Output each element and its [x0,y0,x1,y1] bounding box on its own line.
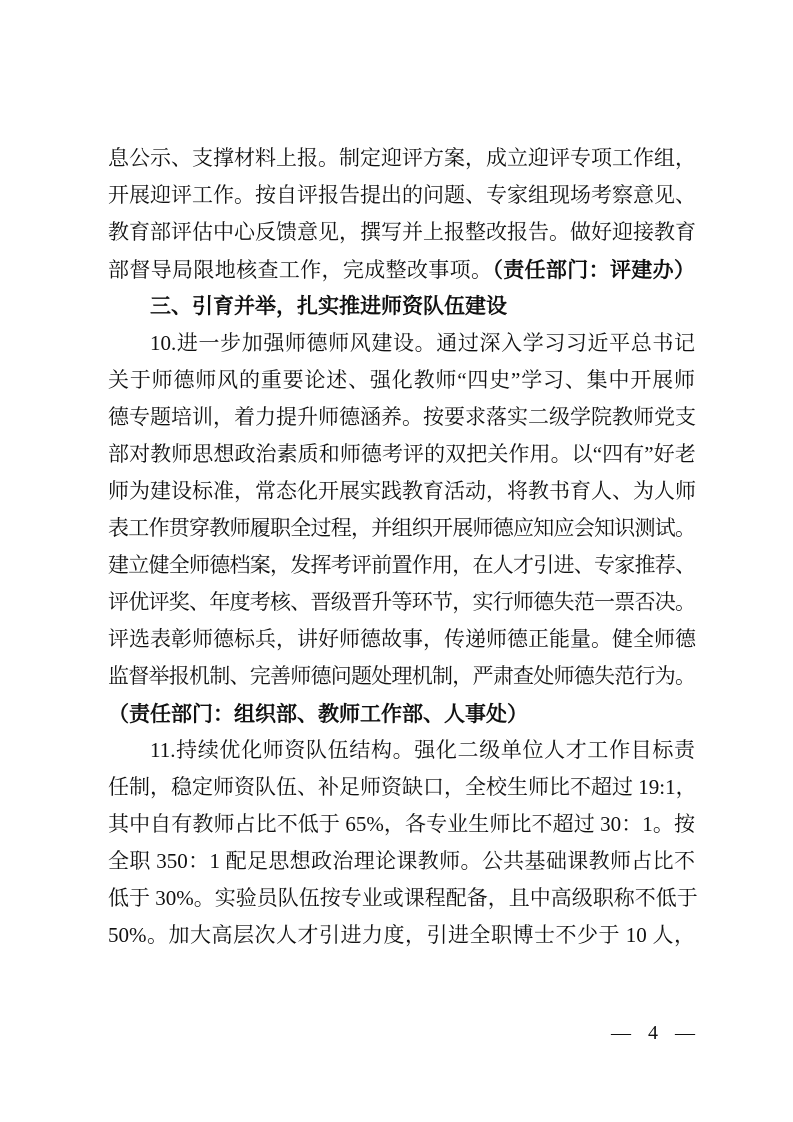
text-line: 德专题培训，着力提升师德涵养。按要求落实二级学院教师党支 [108,399,695,436]
text-line: 建立健全师德档案，发挥考评前置作用，在人才引进、专家推荐、 [108,547,695,584]
text-line: 全职 350：1 配足思想政治理论课教师。公共基础课教师占比不 [108,843,695,880]
page-number-left-dash: — [611,1018,631,1048]
text-line: 50%。加大高层次人才引进力度，引进全职博士不少于 10 人， [108,917,695,954]
text-line: 教育部评估中心反馈意见，撰写并上报整改报告。做好迎接教育 [108,214,695,251]
text-line: 其中自有教师占比不低于 65%，各专业生师比不超过 30：1。按 [108,806,695,843]
item-title: 进一步加强师德师风建设。 [176,331,436,355]
page-number-right-dash: — [675,1018,695,1048]
item-first-line: 11.持续优化师资队伍结构。强化二级单位人才工作目标责 [108,732,695,769]
text-line: 部对教师思想政治素质和师德考评的双把关作用。以“四有”好老 [108,436,695,473]
section-heading: 三、引育并举，扎实推进师资队伍建设 [108,288,695,325]
item-11-paragraph: 11.持续优化师资队伍结构。强化二级单位人才工作目标责 任制，稳定师资队伍、补足… [108,732,695,954]
item-title: 持续优化师资队伍结构。 [175,738,414,762]
page-number: 4 [648,1018,658,1048]
document-page: 息公示、支撑材料上报。制定迎评方案，成立迎评专项工作组， 开展迎评工作。按自评报… [108,140,695,954]
text-line: 师为建设标准，常态化开展实践教育活动，将教书育人、为人师 [108,473,695,510]
text-line: 部督导局限地核查工作，完成整改事项。（责任部门：评建办） [108,251,695,288]
item-number: 11. [150,738,175,762]
responsible-department: （责任部门：评建办） [492,257,695,282]
line-text: 通过深入学习习近平总书记 [436,331,695,355]
text-line: 关于师德师风的重要论述、强化教师“四史”学习、集中开展师 [108,362,695,399]
text-line: 息公示、支撑材料上报。制定迎评方案，成立迎评专项工作组， [108,140,695,177]
text-line: 评选表彰师德标兵，讲好师德故事，传递师德正能量。健全师德 [108,621,695,658]
text-line: 任制，稳定师资队伍、补足师资缺口，全校生师比不超过 19:1， [108,769,695,806]
line-text: 部督导局限地核查工作，完成整改事项。 [108,258,492,282]
continuation-paragraph: 息公示、支撑材料上报。制定迎评方案，成立迎评专项工作组， 开展迎评工作。按自评报… [108,140,695,288]
text-line: 开展迎评工作。按自评报告提出的问题、专家组现场考察意见、 [108,177,695,214]
text-line: 表工作贯穿教师履职全过程，并组织开展师德应知应会知识测试。 [108,510,695,547]
text-line: 监督举报机制、完善师德问题处理机制，严肃查处师德失范行为。 [108,658,695,695]
page-number-footer: —4— [611,1018,695,1048]
item-number: 10. [150,331,176,355]
item-10-paragraph: 10.进一步加强师德师风建设。通过深入学习习近平总书记 关于师德师风的重要论述、… [108,325,695,732]
responsible-department: （责任部门：组织部、教师工作部、人事处） [108,695,695,732]
line-text: 强化二级单位人才工作目标责 [414,738,695,762]
item-first-line: 10.进一步加强师德师风建设。通过深入学习习近平总书记 [108,325,695,362]
text-line: 低于 30%。实验员队伍按专业或课程配备，且中高级职称不低于 [108,880,695,917]
text-line: 评优评奖、年度考核、晋级晋升等环节，实行师德失范一票否决。 [108,584,695,621]
